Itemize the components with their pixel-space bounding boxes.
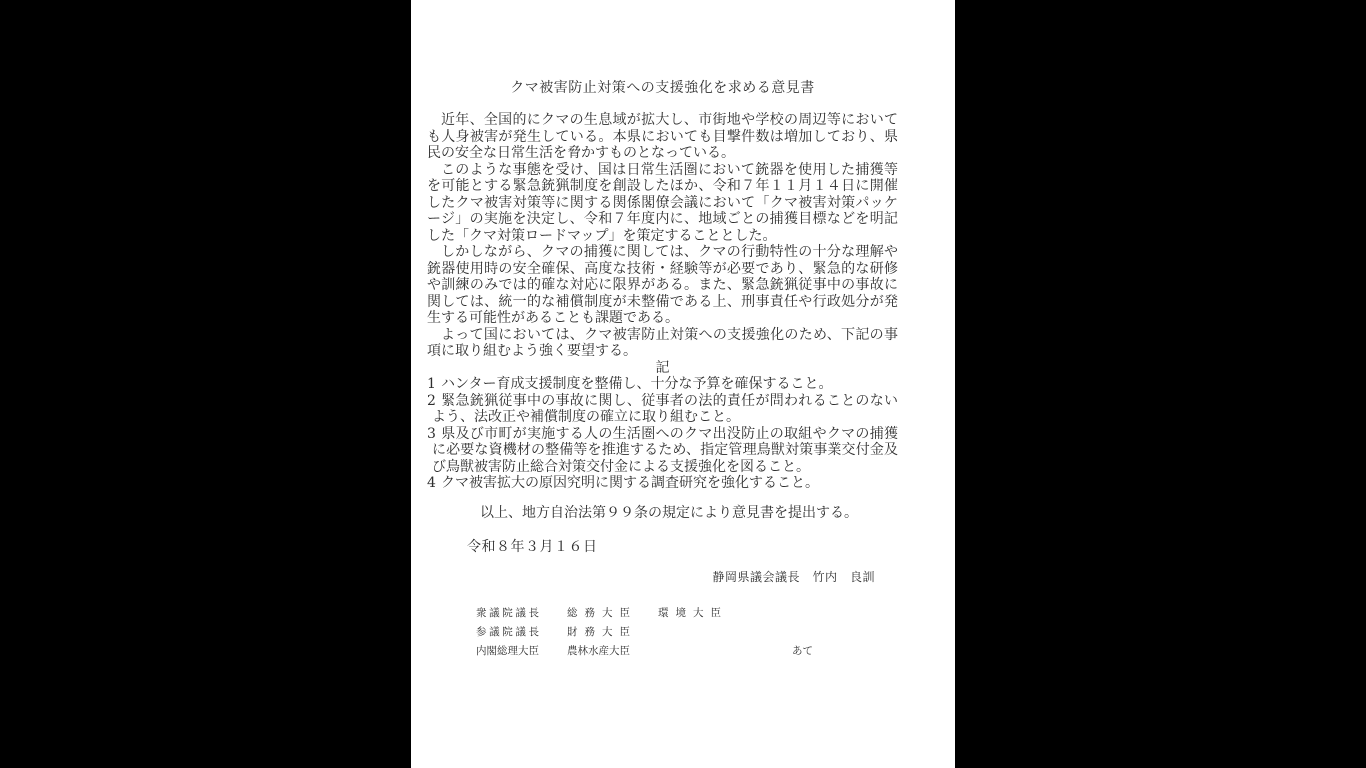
- document-body: 近年、全国的にクマの生息域が拡大し、市街地や学校の周辺等においても人身被害が発生…: [427, 112, 898, 360]
- list-item-number: 3: [427, 426, 441, 443]
- paragraph-4: よって国においては、クマ被害防止対策への支援強化のため、下記の事項に取り組むよう…: [427, 327, 898, 360]
- addressee-name: 農林水産大臣: [567, 642, 630, 661]
- list-item-number: 1: [427, 376, 441, 393]
- document-title: クマ被害防止対策への支援強化を求める意見書: [427, 80, 898, 97]
- list-item-text: クマ被害拡大の原因究明に関する調査研究を強化すること。: [441, 475, 819, 491]
- list-item-text: ハンター育成支援制度を整備し、十分な予算を確保すること。: [441, 376, 832, 392]
- list-item: 2緊急銃猟従事中の事故に関し、従事者の法的責任が問われることのないよう、法改正や…: [427, 393, 898, 426]
- addressee-name: 参議院議長: [476, 623, 539, 642]
- addressee-row: 内閣総理大臣 農林水産大臣 あて: [476, 642, 898, 661]
- paragraph-3: しかしながら、クマの捕獲に関しては、クマの行動特性の十分な理解や銃器使用時の安全…: [427, 244, 898, 327]
- list-item-number: 4: [427, 475, 441, 492]
- addressee-name: 総務大臣: [567, 604, 630, 623]
- list-item: 1ハンター育成支援制度を整備し、十分な予算を確保すること。: [427, 376, 898, 393]
- list-item-text: 緊急銃猟従事中の事故に関し、従事者の法的責任が問われることのないよう、法改正や補…: [432, 393, 898, 426]
- addressee-name: 財務大臣: [567, 623, 630, 642]
- document-page: クマ被害防止対策への支援強化を求める意見書 近年、全国的にクマの生息域が拡大し、…: [411, 0, 955, 768]
- closing-statement: 以上、地方自治法第９９条の規定により意見書を提出する。: [427, 505, 898, 522]
- list-item: 3県及び市町が実施する人の生活圏へのクマ出没防止の取組やクマの捕獲に必要な資機材…: [427, 426, 898, 476]
- list-item: 4クマ被害拡大の原因究明に関する調査研究を強化すること。: [427, 475, 898, 492]
- addressee-name: 衆議院議長: [476, 604, 539, 623]
- addressee-block: 衆議院議長 総務大臣 環境大臣 参議院議長 財務大臣 内閣総理大臣 農林水産大臣…: [427, 604, 898, 661]
- paragraph-2: このような事態を受け、国は日常生活圏において銃器を使用した捕獲等を可能とする緊急…: [427, 162, 898, 245]
- document-date: 令和８年３月１６日: [427, 539, 898, 556]
- addressee-suffix: あて: [792, 642, 813, 661]
- list-item-number: 2: [427, 393, 441, 410]
- paragraph-1: 近年、全国的にクマの生息域が拡大し、市街地や学校の周辺等においても人身被害が発生…: [427, 112, 898, 162]
- record-heading: 記: [427, 360, 898, 377]
- addressee-row: 参議院議長 財務大臣: [476, 623, 898, 642]
- addressee-name: [658, 642, 721, 661]
- demand-list: 1ハンター育成支援制度を整備し、十分な予算を確保すること。 2緊急銃猟従事中の事…: [427, 376, 898, 492]
- addressee-name: 内閣総理大臣: [476, 642, 539, 661]
- list-item-text: 県及び市町が実施する人の生活圏へのクマ出没防止の取組やクマの捕獲に必要な資機材の…: [432, 426, 898, 475]
- addressee-name: [658, 623, 721, 642]
- addressee-row: 衆議院議長 総務大臣 環境大臣: [476, 604, 898, 623]
- viewer-background: クマ被害防止対策への支援強化を求める意見書 近年、全国的にクマの生息域が拡大し、…: [0, 0, 1366, 768]
- addressee-name: 環境大臣: [658, 604, 721, 623]
- signature-line: 静岡県議会議長 竹内 良訓: [427, 569, 898, 586]
